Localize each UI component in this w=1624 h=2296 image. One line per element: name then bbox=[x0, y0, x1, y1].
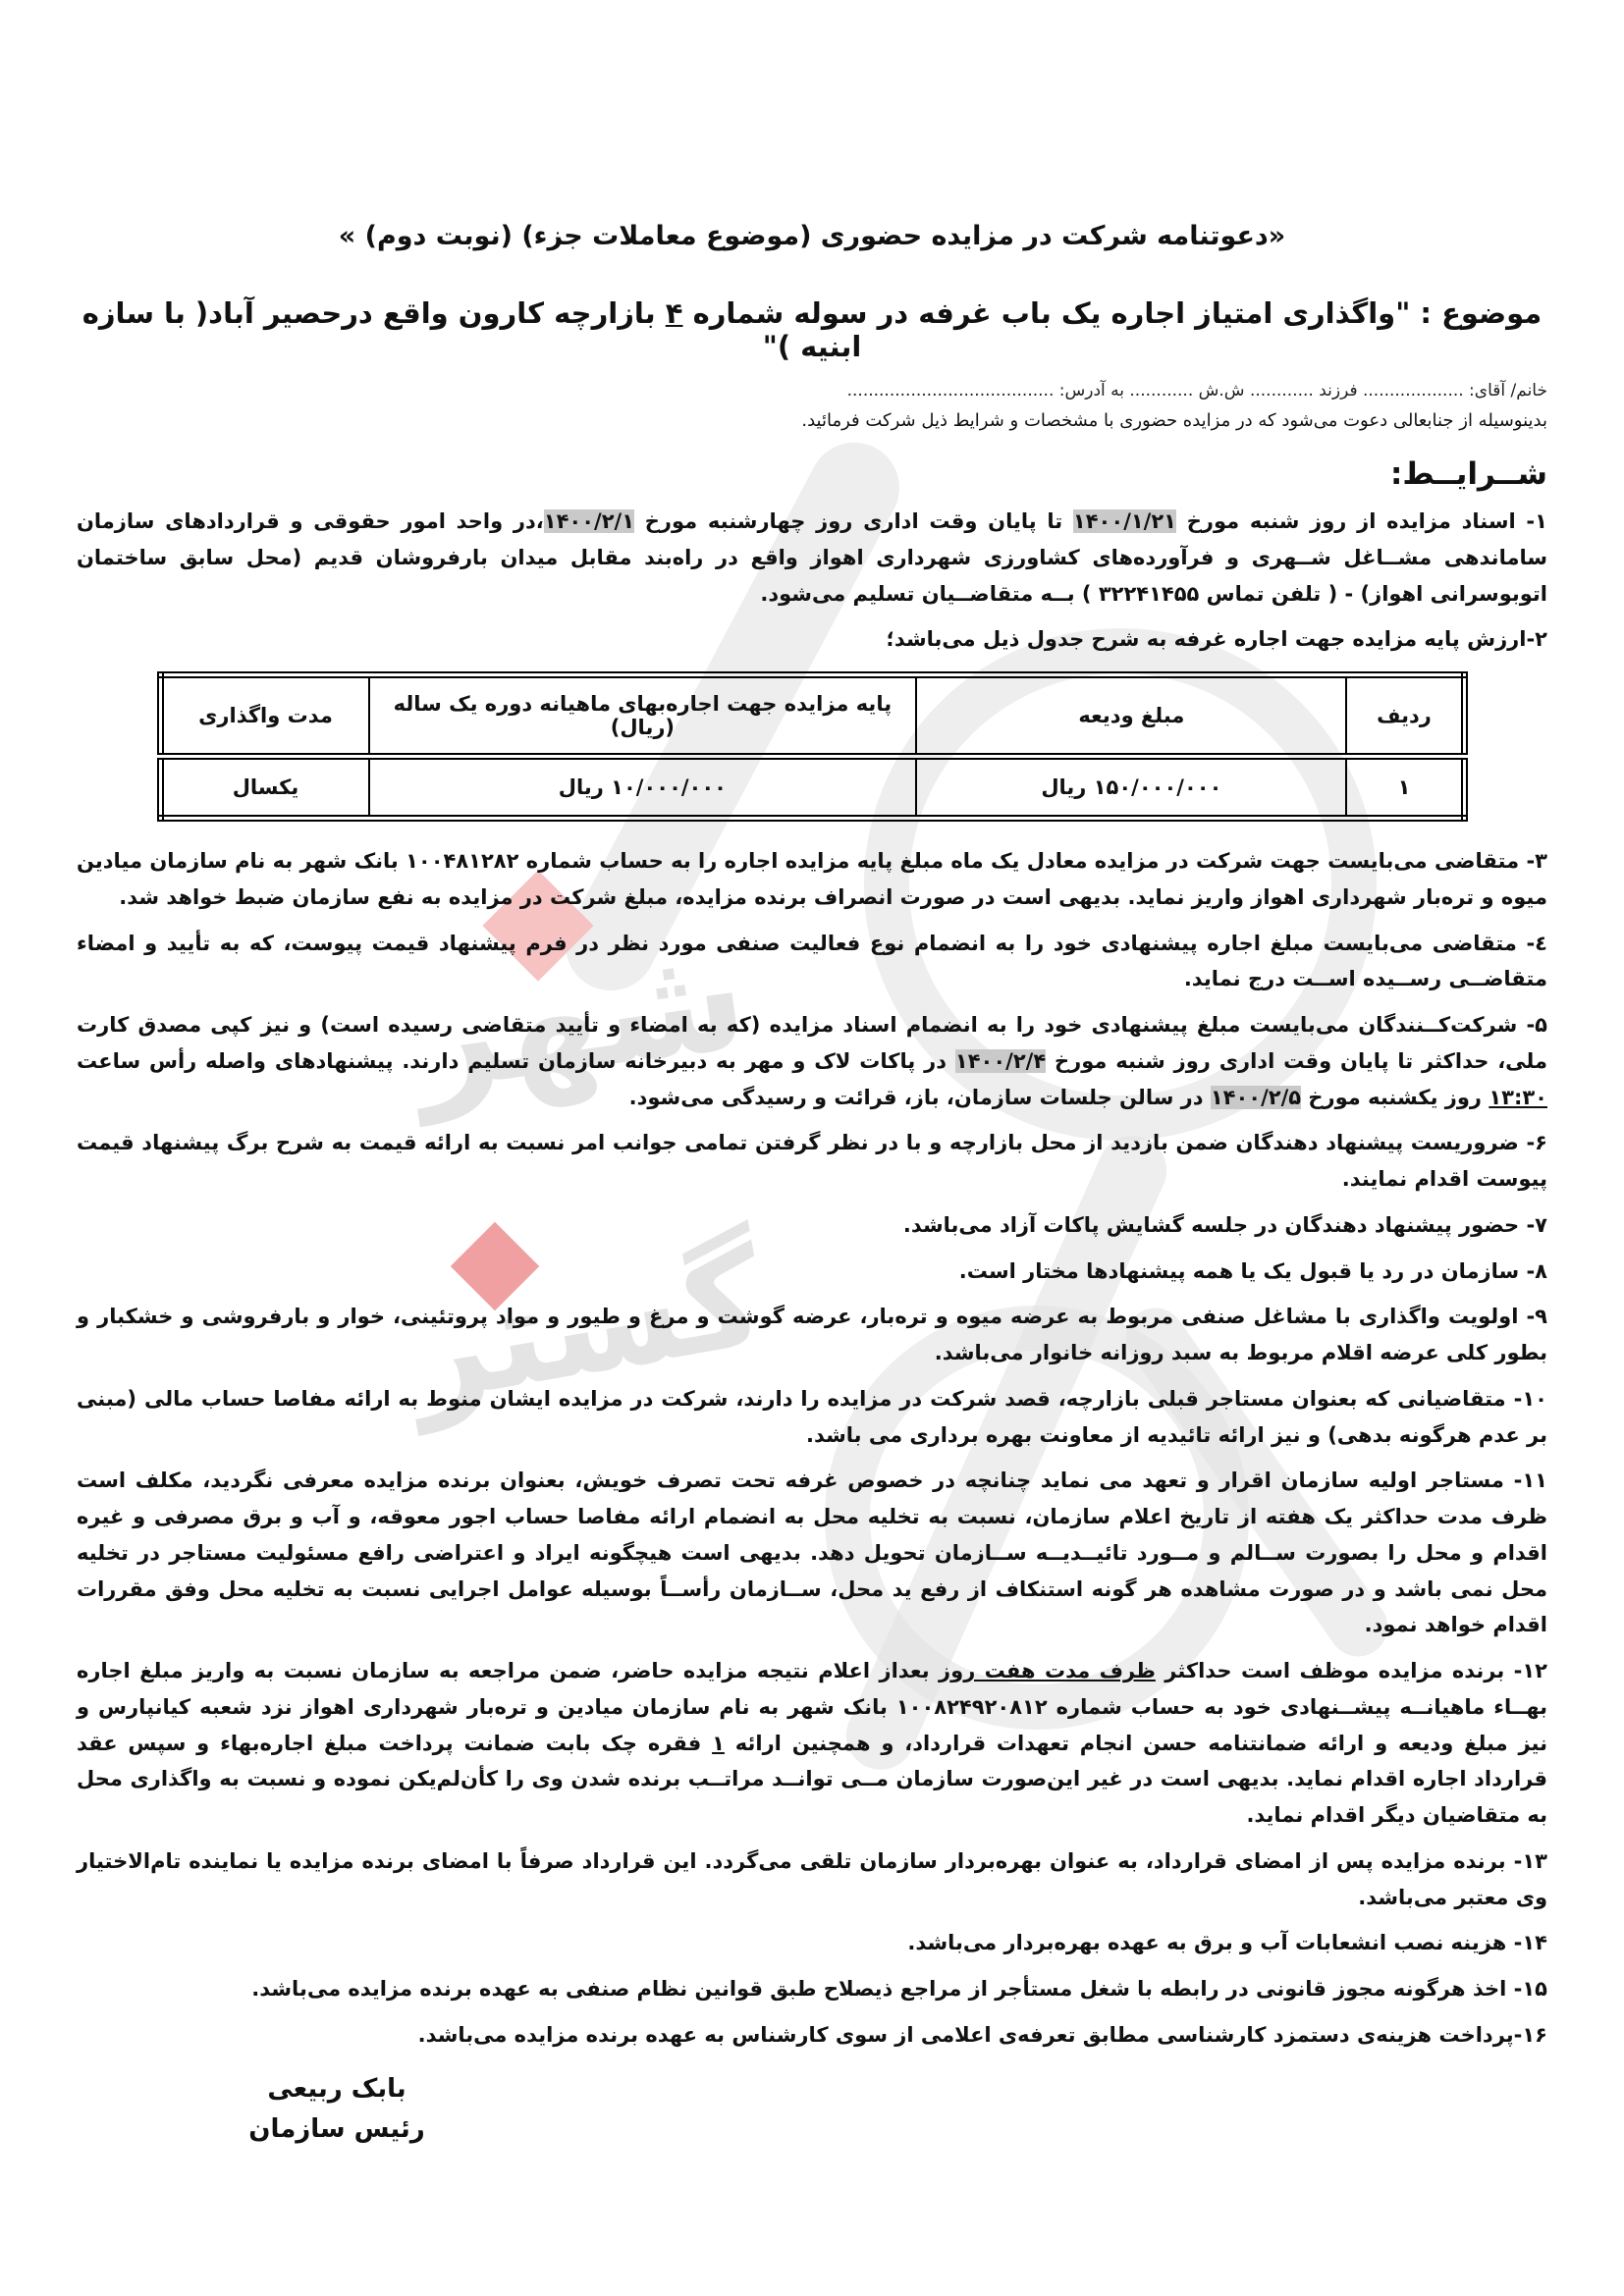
condition-item: ۹- اولویت واگذاری با مشاغل صنفی مربوط به… bbox=[77, 1299, 1547, 1371]
condition-item: ۱۳- برنده مزایده پس از امضای قرارداد، به… bbox=[77, 1843, 1547, 1916]
condition-item: ۶- ضروریست پیشنهاد دهندگان ضمن بازدید از… bbox=[77, 1125, 1547, 1198]
condition-text: ۱۱- مستاجر اولیه سازمان اقرار و تعهد می … bbox=[77, 1468, 1547, 1636]
condition-text: ۲-ارزش پایه مزایده جهت اجاره غرفه به شرح… bbox=[886, 627, 1547, 651]
condition-text: ۱۰- متقاضیانی که بعنوان مستاجر قبلی بازا… bbox=[77, 1387, 1547, 1447]
condition-item: ۷- حضور پیشنهاد دهندگان در جلسه گشایش پا… bbox=[77, 1207, 1547, 1244]
condition-text: ۱۳- برنده مزایده پس از امضای قرارداد، به… bbox=[77, 1849, 1547, 1909]
condition-text: ۱۲- برنده مزایده موظف است حداکثر bbox=[1156, 1659, 1547, 1682]
highlighted-date: ۱۴۰۰/۱/۲۱ bbox=[1073, 509, 1176, 533]
table-header-cell: ردیف bbox=[1346, 675, 1464, 757]
condition-item: ۱۱- مستاجر اولیه سازمان اقرار و تعهد می … bbox=[77, 1463, 1547, 1643]
condition-item: ۱۶-پرداخت هزینه‌ی دستمزد کارشناسی مطابق … bbox=[77, 2017, 1547, 2054]
condition-item: ۱۰- متقاضیانی که بعنوان مستاجر قبلی بازا… bbox=[77, 1381, 1547, 1454]
underlined-text: ۱ bbox=[712, 1732, 725, 1755]
document-content: «دعوتنامه شرکت در مزایده حضوری (موضوع مع… bbox=[0, 0, 1624, 2151]
condition-text: ۶- ضروریست پیشنهاد دهندگان ضمن بازدید از… bbox=[77, 1131, 1547, 1191]
table-cell: ۱۵۰/۰۰۰/۰۰۰ ریال bbox=[916, 757, 1346, 819]
condition-text: روز یکشنبه مورخ bbox=[1301, 1086, 1489, 1109]
addressee-line: خانم/ آقای: ................... فرزند ..… bbox=[77, 381, 1547, 400]
condition-item: ۱۲- برنده مزایده موظف است حداکثر ظرف مدت… bbox=[77, 1653, 1547, 1834]
table-header-cell: مدت واگذاری bbox=[160, 675, 369, 757]
conditions-list: ۱- اسناد مزایده از روز شنبه مورخ ۱۴۰۰/۱/… bbox=[77, 504, 1547, 2054]
document-subject: موضوع : "واگذاری امتیاز اجاره یک باب غرف… bbox=[77, 296, 1547, 363]
condition-item: ۱۴- هزینه نصب انشعابات آب و برق به عهده … bbox=[77, 1925, 1547, 1961]
signature-name: بابک ربیعی bbox=[224, 2069, 450, 2110]
table-header-row: ردیفمبلغ ودیعهپایه مزایده جهت اجاره‌بهای… bbox=[160, 675, 1464, 757]
condition-item: ۵- شرکت‌کــنندگان می‌بایست مبلغ پیشنهادی… bbox=[77, 1007, 1547, 1115]
condition-item: ۱۵- اخذ هرگونه مجوز قانونی در رابطه با ش… bbox=[77, 1971, 1547, 2007]
highlighted-date: ۱۴۰۰/۲/۱ bbox=[544, 509, 634, 533]
subject-number: ۴ bbox=[666, 296, 683, 330]
underlined-text: ظرف مدت هفت روز bbox=[939, 1659, 1156, 1682]
table-cell: یکسال bbox=[160, 757, 369, 819]
signature-block: بابک ربیعی رئیس سازمان bbox=[224, 2069, 450, 2151]
subject-prefix: موضوع : "واگذاری امتیاز اجاره یک باب غرف… bbox=[682, 296, 1542, 330]
condition-item: ۳- متقاضی می‌بایست جهت شرکت در مزایده مع… bbox=[77, 843, 1547, 916]
condition-text: در پاکات لاک و مهر به دبیرخانه سازمان تس… bbox=[77, 1049, 955, 1073]
price-table: ردیفمبلغ ودیعهپایه مزایده جهت اجاره‌بهای… bbox=[157, 671, 1468, 822]
table-row: ۱۱۵۰/۰۰۰/۰۰۰ ریال۱۰/۰۰۰/۰۰۰ ریالیکسال bbox=[160, 757, 1464, 819]
condition-text: ۱۴- هزینه نصب انشعابات آب و برق به عهده … bbox=[907, 1931, 1547, 1954]
invitation-line: بدینوسیله از جنابعالی دعوت می‌شود که در … bbox=[77, 410, 1547, 431]
condition-text: ۹- اولویت واگذاری با مشاغل صنفی مربوط به… bbox=[77, 1305, 1547, 1364]
table-header-cell: مبلغ ودیعه bbox=[916, 675, 1346, 757]
document-title: «دعوتنامه شرکت در مزایده حضوری (موضوع مع… bbox=[77, 221, 1547, 251]
condition-item: ۲-ارزش پایه مزایده جهت اجاره غرفه به شرح… bbox=[77, 621, 1547, 658]
condition-text: ۳- متقاضی می‌بایست جهت شرکت در مزایده مع… bbox=[77, 849, 1547, 909]
condition-text: در سالن جلسات سازمان، باز، قرائت و رسیدگ… bbox=[629, 1086, 1211, 1109]
condition-text: ٤- متقاضی می‌بایست مبلغ اجاره پیشنهادی خ… bbox=[77, 932, 1547, 991]
highlighted-date: ۱۴۰۰/۲/۵ bbox=[1211, 1086, 1301, 1109]
condition-text: ۱- اسناد مزایده از روز شنبه مورخ bbox=[1176, 509, 1547, 533]
condition-text: ۸- سازمان در رد یا قبول یک یا همه پیشنها… bbox=[959, 1259, 1547, 1283]
table-cell: ۱۰/۰۰۰/۰۰۰ ریال bbox=[369, 757, 917, 819]
table-header-cell: پایه مزایده جهت اجاره‌بهای ماهیانه دوره … bbox=[369, 675, 917, 757]
table-cell: ۱ bbox=[1346, 757, 1464, 819]
condition-item: ۸- سازمان در رد یا قبول یک یا همه پیشنها… bbox=[77, 1254, 1547, 1290]
condition-text: ۱۵- اخذ هرگونه مجوز قانونی در رابطه با ش… bbox=[251, 1977, 1547, 2001]
signature-title: رئیس سازمان bbox=[224, 2109, 450, 2151]
highlighted-date: ۱۴۰۰/۲/۴ bbox=[955, 1049, 1046, 1073]
condition-text: تا پایان وقت اداری روز چهارشنبه مورخ bbox=[634, 509, 1073, 533]
document-page: شهر گستر «دعوتنامه شرکت در مزایده حضوری … bbox=[0, 0, 1624, 2296]
underlined-text: ۱۳:۳۰ bbox=[1489, 1086, 1547, 1109]
condition-item: ٤- متقاضی می‌بایست مبلغ اجاره پیشنهادی خ… bbox=[77, 926, 1547, 998]
condition-text: ۷- حضور پیشنهاد دهندگان در جلسه گشایش پا… bbox=[903, 1213, 1547, 1237]
condition-item: ۱- اسناد مزایده از روز شنبه مورخ ۱۴۰۰/۱/… bbox=[77, 504, 1547, 612]
conditions-header: شــرایــط: bbox=[77, 456, 1547, 492]
condition-text: ۱۶-پرداخت هزینه‌ی دستمزد کارشناسی مطابق … bbox=[418, 2023, 1547, 2047]
